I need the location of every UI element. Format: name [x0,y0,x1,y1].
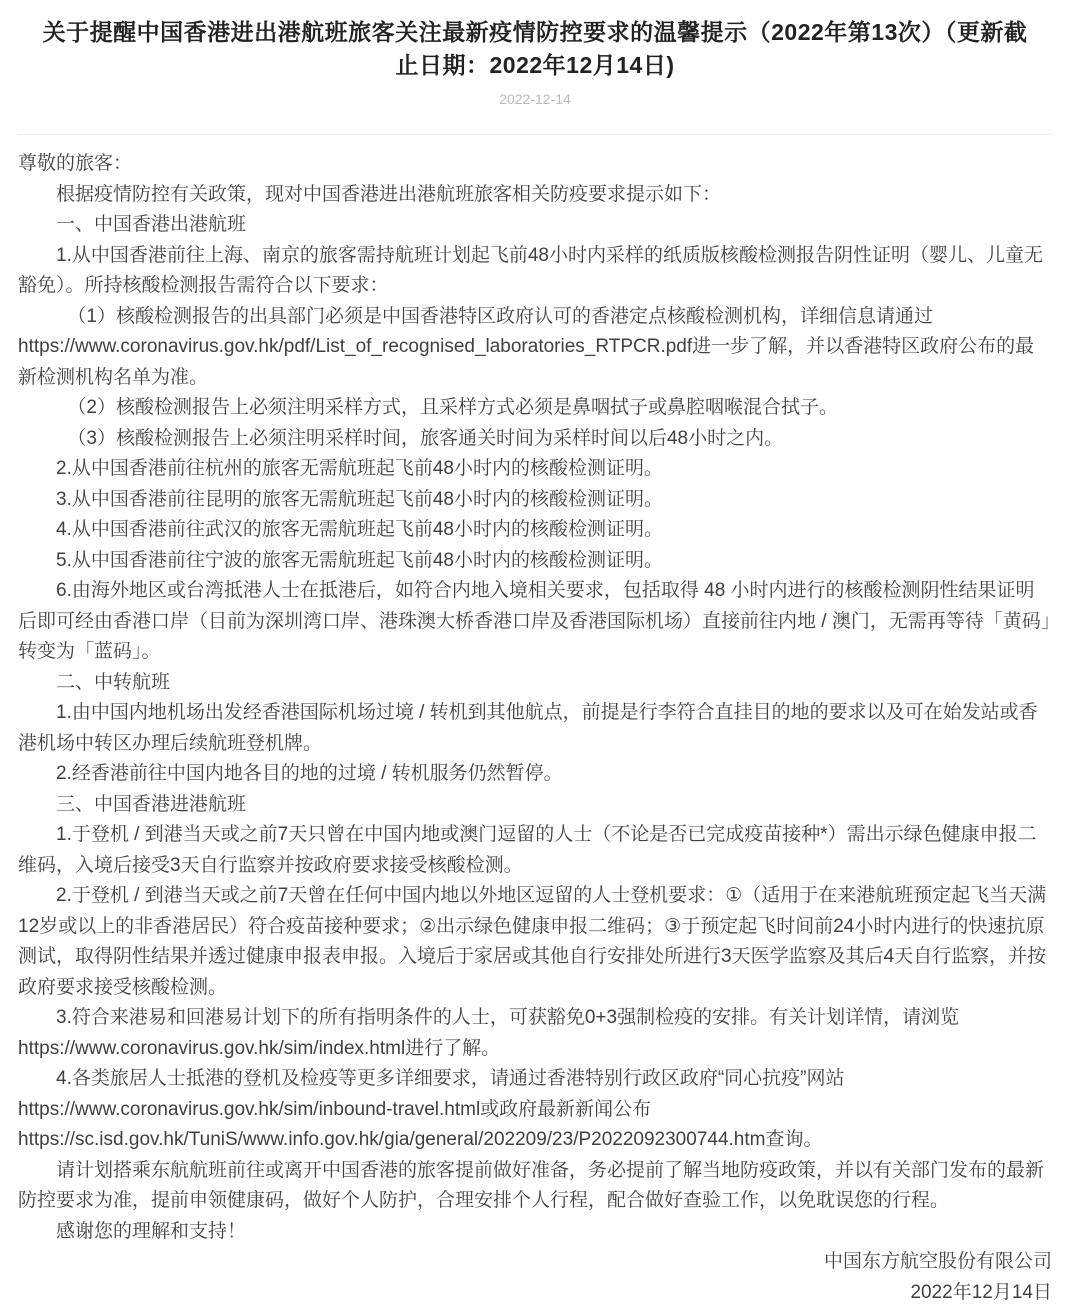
section-3-heading: 三、中国香港进港航班 [18,790,1052,821]
publish-date: 2022-12-14 [0,91,1070,107]
s3-item-4: 4.各类旅居人士抵港的登机及检疫等更多详细要求，请通过香港特别行政区政府“同心抗… [18,1064,1052,1156]
s2-item-2: 2.经香港前往中国内地各目的地的过境 / 转机服务仍然暂停。 [18,759,1052,790]
s1-item-2: 2.从中国香港前往杭州的旅客无需航班起飞前48小时内的核酸检测证明。 [18,454,1052,485]
s1-item-3: 3.从中国香港前往昆明的旅客无需航班起飞前48小时内的核酸检测证明。 [18,485,1052,516]
s3-item-3: 3.符合来港易和回港易计划下的所有指明条件的人士，可获豁免0+3强制检疫的安排。… [18,1003,1052,1064]
s1-item-1: 1.从中国香港前往上海、南京的旅客需持航班计划起飞前48小时内采样的纸质版核酸检… [18,241,1052,302]
page-title: 关于提醒中国香港进出港航班旅客关注最新疫情防控要求的温馨提示（2022年第13次… [0,0,1070,82]
notice-page: 关于提醒中国香港进出港航班旅客关注最新疫情防控要求的温馨提示（2022年第13次… [0,0,1070,1313]
s3-item-1: 1.于登机 / 到港当天或之前7天只曾在中国内地或澳门逗留的人士（不论是否已完成… [18,820,1052,881]
s3-item-2: 2.于登机 / 到港当天或之前7天曾在任何中国内地以外地区逗留的人士登机要求：①… [18,881,1052,1003]
signature-date: 2022年12月14日 [18,1278,1052,1309]
signature-company: 中国东方航空股份有限公司 [18,1247,1052,1278]
s1-item-6: 6.由海外地区或台湾抵港人士在抵港后，如符合内地入境相关要求，包括取得 48 小… [18,576,1052,668]
s1-item-5: 5.从中国香港前往宁波的旅客无需航班起飞前48小时内的核酸检测证明。 [18,546,1052,577]
closing-notice: 请计划搭乘东航航班前往或离开中国香港的旅客提前做好准备，务必提前了解当地防疫政策… [18,1156,1052,1217]
section-1-heading: 一、中国香港出港航班 [18,210,1052,241]
s1-item-4: 4.从中国香港前往武汉的旅客无需航班起飞前48小时内的核酸检测证明。 [18,515,1052,546]
intro: 根据疫情防控有关政策，现对中国香港进出港航班旅客相关防疫要求提示如下： [18,180,1052,211]
salutation: 尊敬的旅客： [18,149,1052,180]
section-2-heading: 二、中转航班 [18,668,1052,699]
s1-item-1-req-3: （3）核酸检测报告上必须注明采样时间，旅客通关时间为采样时间以后48小时之内。 [18,424,1052,455]
s2-item-1: 1.由中国内地机场出发经香港国际机场过境 / 转机到其他航点，前提是行李符合直挂… [18,698,1052,759]
s1-item-1-req-2: （2）核酸检测报告上必须注明采样方式，且采样方式必须是鼻咽拭子或鼻腔咽喉混合拭子… [18,393,1052,424]
s1-item-1-req-1: （1）核酸检测报告的出具部门必须是中国香港特区政府认可的香港定点核酸检测机构，详… [18,302,1052,394]
notice-body: 尊敬的旅客： 根据疫情防控有关政策，现对中国香港进出港航班旅客相关防疫要求提示如… [0,135,1070,1308]
thanks-line: 感谢您的理解和支持！ [18,1217,1052,1248]
